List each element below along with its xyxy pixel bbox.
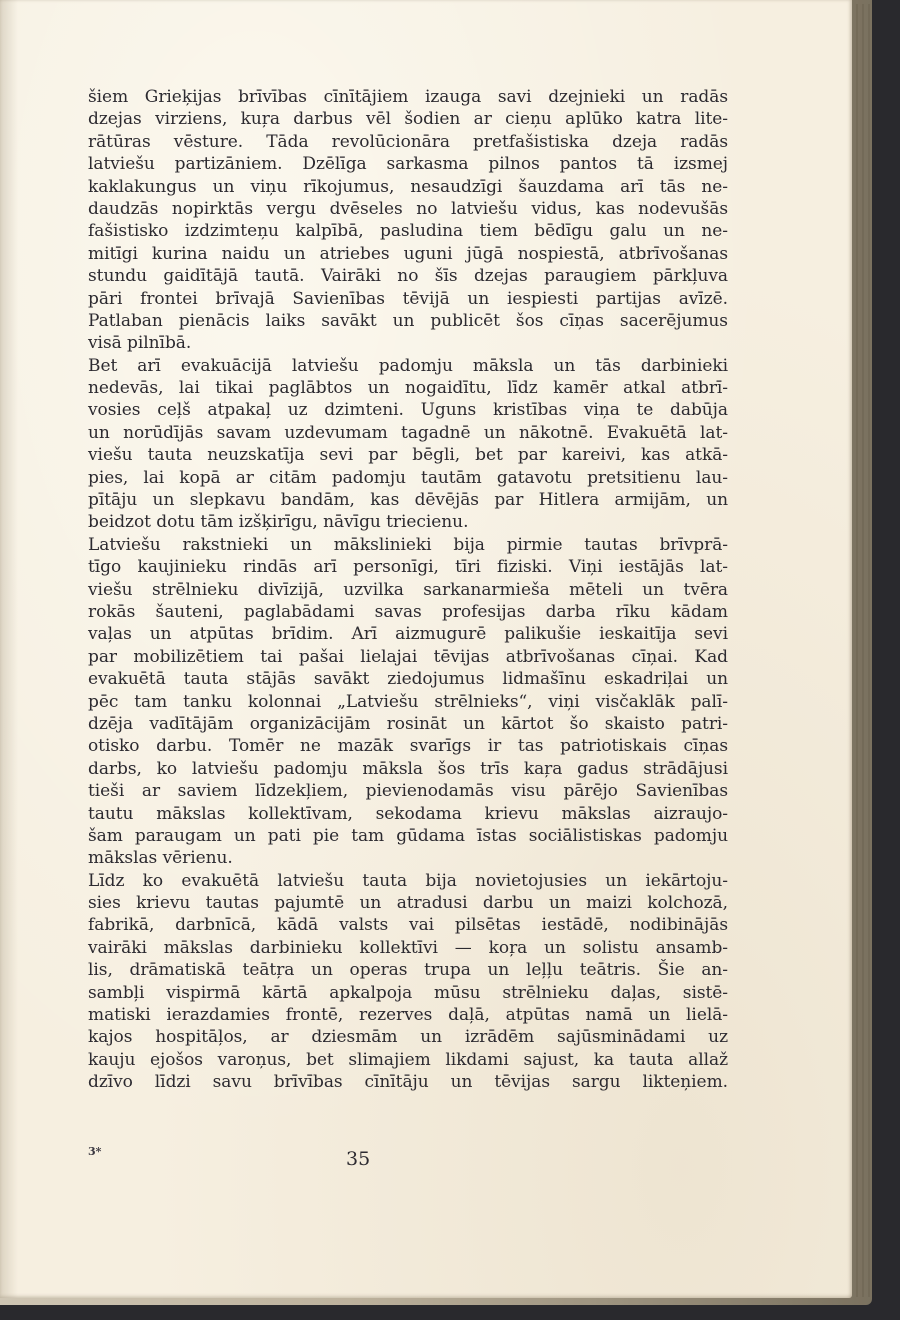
text-line: mitīgi kurina naidu un atriebes uguni jū…: [88, 243, 728, 265]
text-line: stundu gaidītājā tautā. Vairāki no šīs d…: [88, 265, 728, 287]
page-edge-line: [868, 4, 870, 1297]
text-line: evakuētā tauta stājās savākt ziedojumus …: [88, 668, 728, 690]
text-line: nedevās, lai tikai paglābtos un nogaidīt…: [88, 377, 728, 399]
text-line: tīgo kaujinieku rindās arī personīgi, tī…: [88, 556, 728, 578]
book-page: šiem Grieķijas brīvības cīnītājiem izaug…: [0, 0, 852, 1298]
text-line: rokās šauteni, paglabādami savas profesi…: [88, 601, 728, 623]
gutter-shadow: [0, 0, 18, 1298]
body-text: šiem Grieķijas brīvības cīnītājiem izaug…: [88, 86, 728, 1094]
paragraph-first-line: Bet arī evakuācijā latviešu padomju māks…: [88, 355, 728, 377]
text-line: pītāju un slepkavu bandām, kas dēvējās p…: [88, 489, 728, 511]
text-line: pāri frontei brīvajā Savienības tēvijā u…: [88, 288, 728, 310]
text-line: šam paraugam un pati pie tam gūdama īsta…: [88, 825, 728, 847]
text-line: un norūdījās savam uzdevumam tagadnē un …: [88, 422, 728, 444]
text-line: fašistisko izdzimteņu kalpībā, pasludina…: [88, 220, 728, 242]
text-line: vaļas un atpūtas brīdim. Arī aizmugurē p…: [88, 623, 728, 645]
text-line: viešu strēlnieku divīzijā, uzvilka sarka…: [88, 579, 728, 601]
text-line: vairāki mākslas darbinieku kollektīvi — …: [88, 937, 728, 959]
text-line: kauju ejošos varoņus, bet slimajiem likd…: [88, 1049, 728, 1071]
text-line: tautu mākslas kollektīvam, sekodama krie…: [88, 803, 728, 825]
text-line: rātūras vēsture. Tāda revolūcionāra pret…: [88, 131, 728, 153]
paragraph-first-line: Latviešu rakstnieki un mākslinieki bija …: [88, 534, 728, 556]
text-line: otisko darbu. Tomēr ne mazāk svarīgs ir …: [88, 735, 728, 757]
text-line: viešu tauta neuzskatīja sevi par bēgli, …: [88, 444, 728, 466]
paragraph-last-line: mākslas vērienu.: [88, 847, 728, 869]
text-line: par mobilizētiem tai pašai lielajai tēvi…: [88, 646, 728, 668]
page-edge-line: [856, 4, 858, 1297]
page-edge-line: [862, 4, 864, 1297]
text-line: dzēja vadītājām organizācijām rosināt un…: [88, 713, 728, 735]
text-line: kaklakungus un viņu rīkojumus, nesaudzīg…: [88, 176, 728, 198]
paragraph-last-line: beidzot dotu tām izšķirīgu, nāvīgu triec…: [88, 511, 728, 533]
page-number: 35: [346, 1148, 370, 1170]
text-line: kajos hospitāļos, ar dziesmām un izrādēm…: [88, 1026, 728, 1048]
text-line: daudzās nopirktās vergu dvēseles no latv…: [88, 198, 728, 220]
printer-signature-mark: 3*: [88, 1145, 101, 1158]
text-line: dzejas virziens, kuŗa darbus vēl šodien …: [88, 108, 728, 130]
text-line: tieši ar saviem līdzekļiem, pievienodamā…: [88, 780, 728, 802]
text-line: sambļi vispirmā kārtā apkalpoja mūsu str…: [88, 982, 728, 1004]
text-line: darbs, ko latviešu padomju māksla šos tr…: [88, 758, 728, 780]
text-line: vosies ceļš atpakaļ uz dzimteni. Uguns k…: [88, 399, 728, 421]
text-line: sies krievu tautas pajumtē un atradusi d…: [88, 892, 728, 914]
text-line: Patlaban pienācis laiks savākt un public…: [88, 310, 728, 332]
text-line: latviešu partizāniem. Dzēlīga sarkasma p…: [88, 153, 728, 175]
paragraph-last-line: visā pilnībā.: [88, 332, 728, 354]
text-line: pies, lai kopā ar citām padomju tautām g…: [88, 467, 728, 489]
text-line: šiem Grieķijas brīvības cīnītājiem izaug…: [88, 86, 728, 108]
text-line: dzīvo līdzi savu brīvības cīnītāju un tē…: [88, 1071, 728, 1093]
scanned-book-page-scene: šiem Grieķijas brīvības cīnītājiem izaug…: [0, 0, 900, 1320]
paragraph-first-line: Līdz ko evakuētā latviešu tauta bija nov…: [88, 870, 728, 892]
text-line: matiski ierazdamies frontē, rezerves daļ…: [88, 1004, 728, 1026]
text-line: lis, drāmatiskā teātŗa un operas trupa u…: [88, 959, 728, 981]
text-line: fabrikā, darbnīcā, kādā valsts vai pilsē…: [88, 914, 728, 936]
text-line: pēc tam tanku kolonnai „Latviešu strēlni…: [88, 691, 728, 713]
